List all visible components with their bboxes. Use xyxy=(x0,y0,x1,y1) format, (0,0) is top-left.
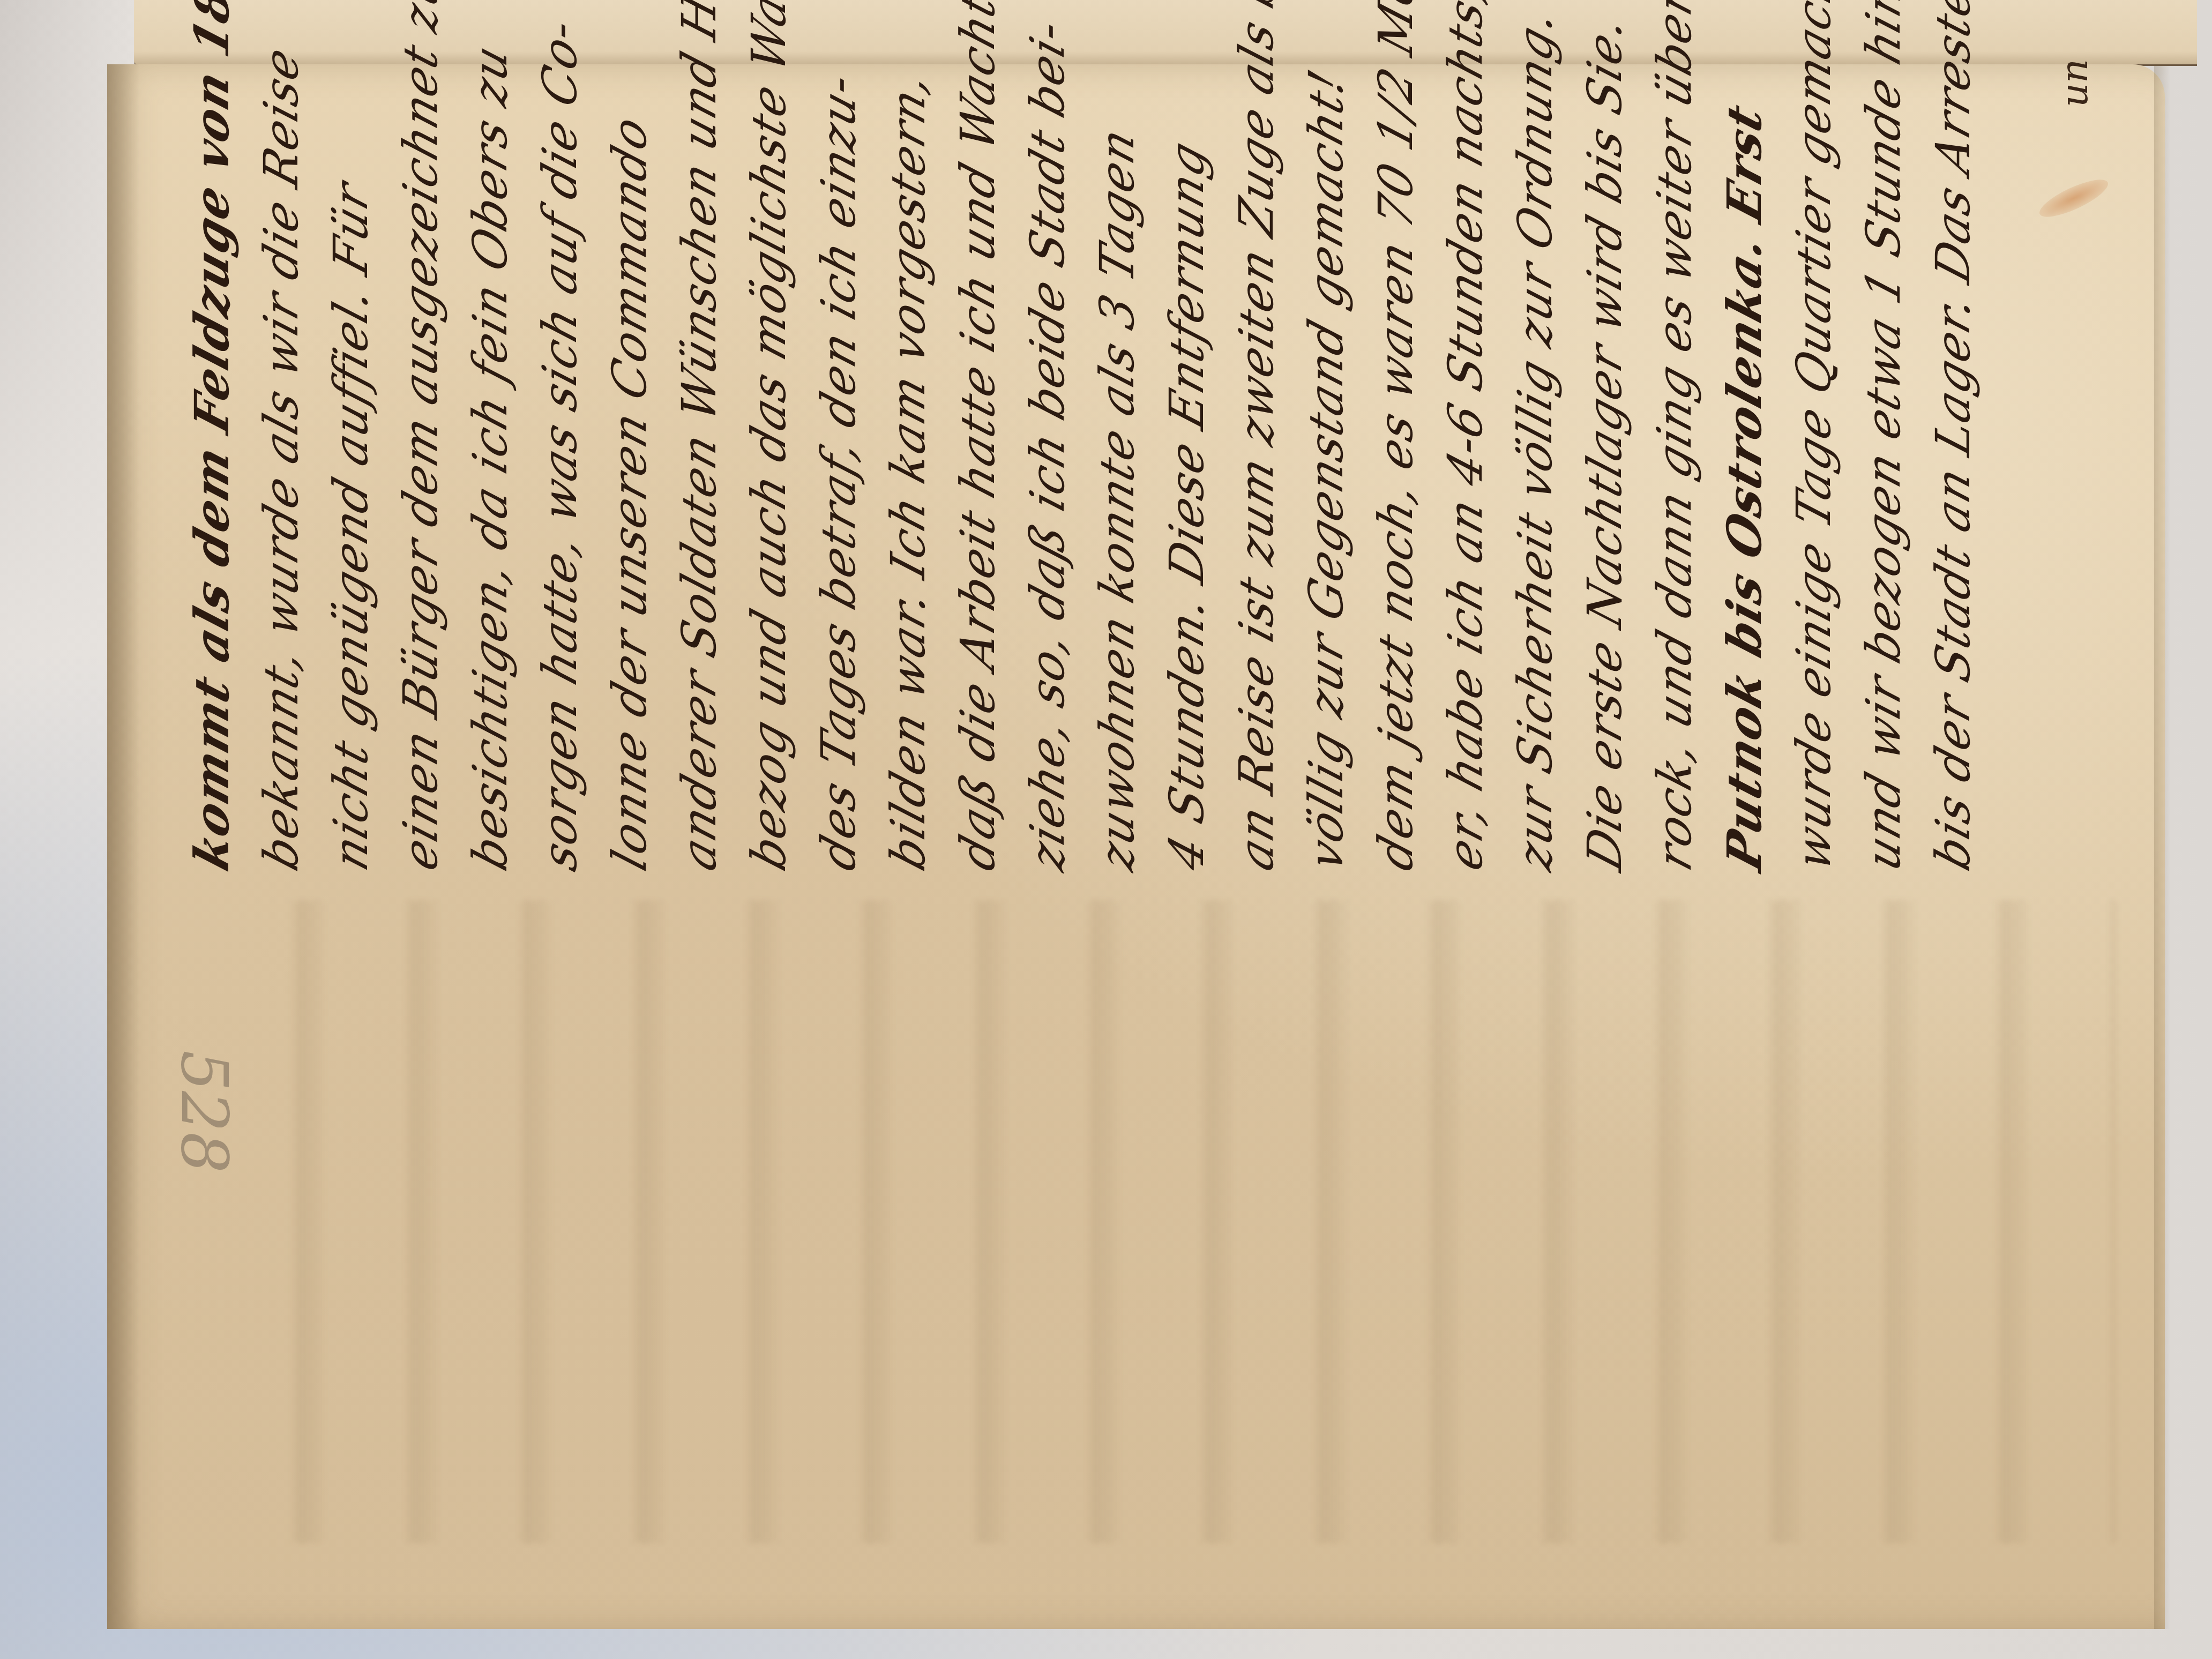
text-line: an Reise ist zum zweiten Zuge als bis xyxy=(1222,53,1291,879)
page-number: 528 xyxy=(167,1050,241,1173)
page-edge xyxy=(2154,64,2170,1629)
text-line: daß die Arbeit hatte ich und Wacht an- xyxy=(943,53,1013,879)
text-line: bekannt, wurde als wir die Reise xyxy=(246,53,316,879)
text-line: des Tages betraf, den ich einzu- xyxy=(804,53,873,879)
handwritten-text-block: kommt als dem Feldzuge von 1869.bekannt,… xyxy=(177,64,1988,868)
photo-scene: 528 un kommt als dem Feldzuge von 1869.b… xyxy=(0,0,2212,1659)
text-line: zur Sicherheit völlig zur Ordnung. xyxy=(1500,53,1570,879)
text-line: wurde einige Tage Quartier gemacht, xyxy=(1779,53,1849,879)
text-line: bezog und auch das möglichste Wasser xyxy=(734,53,804,879)
catchword: un xyxy=(2052,59,2096,107)
text-line: dem jetzt noch, es waren 70 1/2 Meilen =… xyxy=(1361,53,1431,879)
text-line: lonne der unseren Commando xyxy=(595,53,664,879)
bleed-through-text xyxy=(214,900,2117,1543)
text-line: Putnok bis Ostrolenka. Erst xyxy=(1709,53,1779,879)
text-line: 4 Stunden. Diese Entfernung xyxy=(1152,53,1222,879)
text-line: ziehe, so, daß ich beide Stadt bei- xyxy=(1013,53,1082,879)
text-line: rock, und dann ging es weiter über xyxy=(1640,53,1709,879)
text-line: zuwohnen konnte als 3 Tagen xyxy=(1082,53,1152,879)
text-line: Die erste Nachtlager wird bis Sie. xyxy=(1570,53,1640,879)
text-line: und wir bezogen etwa 1 Stunde hin, xyxy=(1849,53,1918,879)
text-line: sorgen hatte, was sich auf die Co- xyxy=(525,53,595,879)
text-line: völlig zur Gegenstand gemacht! xyxy=(1291,53,1361,879)
text-line: anderer Soldaten Wünschen und Hand xyxy=(664,53,734,879)
text-line: kommt als dem Feldzuge von 1869. xyxy=(177,53,246,879)
text-line: bilden war. Ich kam vorgestern, xyxy=(873,53,943,879)
text-line: nicht genügend auffiel. Für xyxy=(316,53,386,879)
text-line: besichtigen, da ich fein Obers zu xyxy=(455,53,525,879)
text-line: bis der Stadt an Lager. Das Arreste xyxy=(1918,53,1988,879)
gutter-shadow xyxy=(107,64,139,1629)
text-line: einen Bürger dem ausgezeichnet zu xyxy=(386,53,455,879)
text-line: er, habe ich an 4-6 Stunden nachts, xyxy=(1431,53,1500,879)
